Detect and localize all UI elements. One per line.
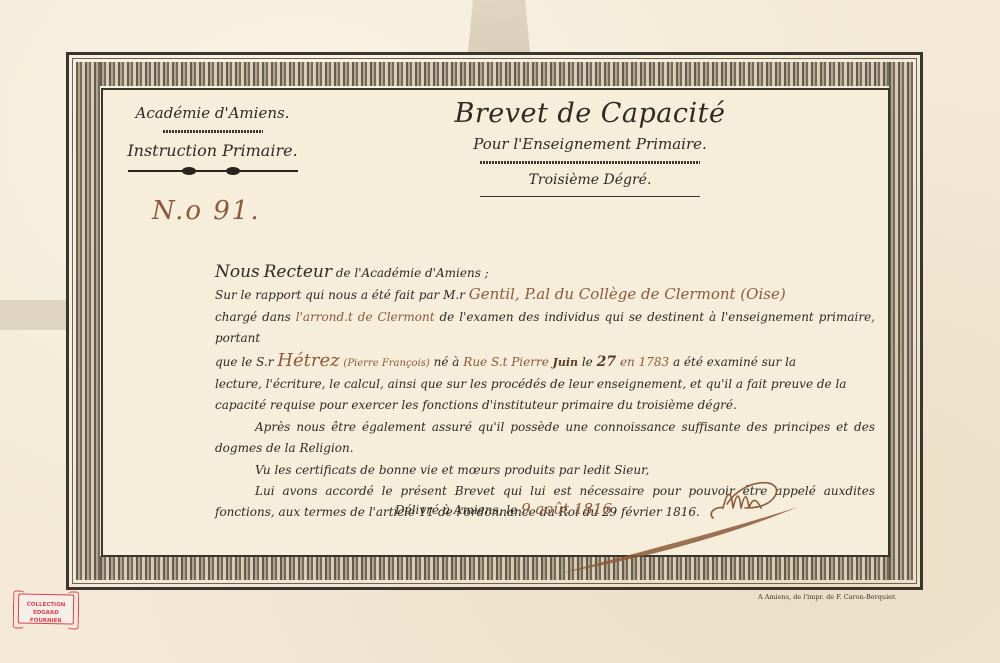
certificate-degree: Troisième Dégré.: [430, 172, 750, 188]
paper-stain-top: [468, 0, 530, 52]
body-text: que le S.r: [215, 355, 273, 369]
certificate-number: N.o 91.: [152, 196, 261, 226]
body-paragraph-religion: Après nous être également assuré qu'il p…: [215, 417, 875, 460]
handwritten-day: 27: [597, 354, 616, 370]
paper-stain-left: [0, 300, 66, 330]
body-line-4: que le S.r Hétrez (Pierre François) né à…: [215, 350, 875, 374]
handwritten-examiner: Gentil, P.al du Collège de Clermont (Ois…: [469, 285, 786, 303]
body-text: Sur le rapport qui nous a été fait par M…: [215, 288, 465, 302]
header-left: Académie d'Amiens. Instruction Primaire.: [110, 104, 315, 174]
body-text: chargé dans: [215, 310, 291, 324]
header-center: Brevet de Capacité Pour l'Enseignement P…: [430, 98, 750, 197]
ornament-leaf-icon: [226, 167, 240, 175]
handwritten-birthplace: Rue S.t Pierre: [463, 355, 549, 369]
recteur-word: Recteur: [264, 262, 332, 282]
collection-stamp: COLLECTION EDGARD FOURNIER: [18, 594, 75, 625]
nous-word: Nous: [215, 262, 260, 282]
certificate-subtitle: Pour l'Enseignement Primaire.: [430, 135, 750, 153]
divider: [480, 196, 700, 197]
body-text: de l'Académie d'Amiens ;: [336, 266, 489, 280]
body-line-3: chargé dans l'arrond.t de Clermont de l'…: [215, 307, 875, 350]
signature-flourish-icon: [560, 505, 800, 575]
body-line-6: capacité requise pour exercer les foncti…: [215, 395, 875, 416]
ornament-leaf-icon: [182, 167, 196, 175]
section-name: Instruction Primaire.: [110, 141, 315, 160]
body-line-2: Sur le rapport qui nous a été fait par M…: [215, 284, 875, 306]
ornament-rule: [128, 168, 298, 174]
body-line-1: Nous Recteur de l'Académie d'Amiens ;: [215, 262, 875, 284]
stamp-line-2: EDGARD FOURNIER: [19, 609, 73, 626]
body-text: le: [582, 355, 593, 369]
handwritten-given-names: (Pierre François): [343, 358, 429, 369]
body-text: a été examiné sur la: [673, 355, 796, 369]
delivery-text: Délivré à Amiens, le: [395, 503, 517, 517]
wavy-rule: [163, 130, 263, 133]
body-line-5: lecture, l'écriture, le calcul, ainsi qu…: [215, 374, 875, 395]
wavy-rule: [480, 161, 700, 164]
printer-imprint: A Amiens, de l'impr. de F. Caron-Berquie…: [758, 593, 896, 601]
handwritten-month: Juin: [553, 356, 578, 369]
handwritten-year: en 1783: [620, 355, 669, 369]
handwritten-surname: Hétrez: [277, 350, 339, 371]
certificate-title: Brevet de Capacité: [430, 98, 750, 129]
handwritten-district: l'arrond.t de Clermont: [296, 310, 435, 324]
body-text: né à: [434, 355, 460, 369]
academy-name: Académie d'Amiens.: [110, 104, 315, 122]
